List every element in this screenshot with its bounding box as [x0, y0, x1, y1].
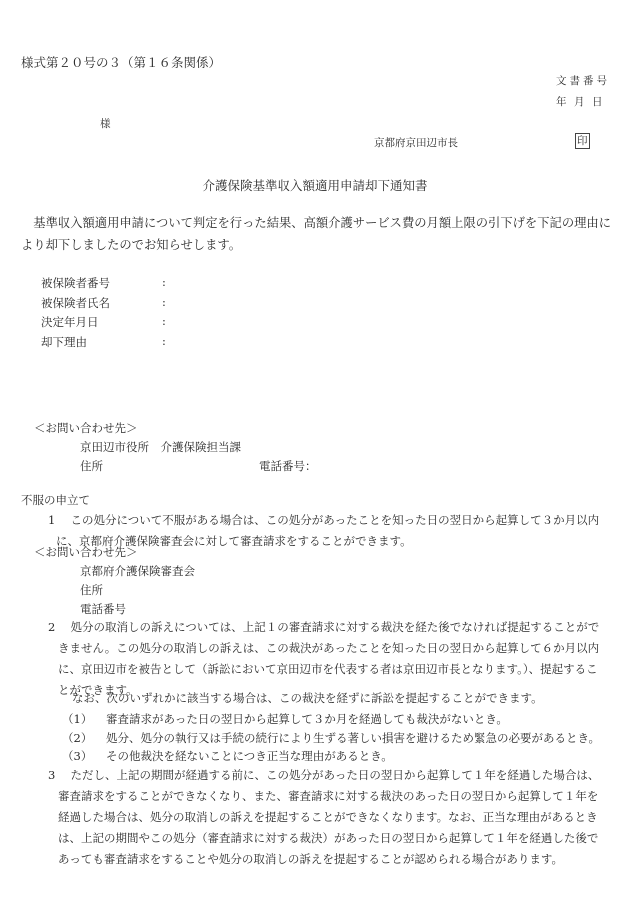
item-number: 1	[48, 513, 55, 527]
contact-heading: ＜お問い合わせ先＞	[34, 544, 195, 563]
sub-item-text: 処分、処分の執行又は手続の続行により生ずる著しい損害を避けるため緊急の必要がある…	[106, 730, 600, 749]
appeal-sub-items: （1） 審査請求があった日の翌日から起算して３か月を経過しても裁決がないとき。 …	[62, 711, 600, 767]
field-rejection-reason: 却下理由 :	[41, 334, 166, 354]
item-line: 処分の取消しの訴えについては、上記１の審査請求に対する裁決を経た後でなければ提起…	[70, 620, 599, 634]
address-label: 住所	[80, 459, 103, 473]
field-separator: :	[162, 334, 166, 354]
item-line: は、上記の期間やこの処分（審査請求に対する裁決）があった日の翌日から起算して１年…	[48, 828, 628, 849]
field-decision-date: 決定年月日 :	[41, 314, 166, 334]
field-separator: :	[162, 314, 166, 334]
sub-item: （3） その他裁決を経ないことにつき正当な理由があるとき。	[62, 748, 600, 767]
contact-city: ＜お問い合わせ先＞ 京田辺市役所 介護保険担当課 住所 電話番号：	[34, 420, 241, 477]
date-day: 日	[592, 94, 610, 109]
item-number: 3	[48, 768, 55, 782]
item-line: 経過した場合は、処分の取消しの訴えを提起することができなくなります。なお、正当な…	[48, 807, 628, 828]
sub-item: （1） 審査請求があった日の翌日から起算して３か月を経過しても裁決がないとき。	[62, 711, 600, 730]
field-label: 被保険者番号	[41, 275, 162, 295]
sub-item-text: 審査請求があった日の翌日から起算して３か月を経過しても裁決がないとき。	[106, 711, 508, 730]
field-insured-name: 被保険者氏名 :	[41, 295, 166, 315]
document-title: 介護保険基準収入額適用申請却下通知書	[0, 176, 630, 194]
item-number: 2	[48, 620, 55, 634]
appeal-item-2: 2 処分の取消しの訴えについては、上記１の審査請求に対する裁決を経た後でなければ…	[48, 617, 628, 701]
field-label: 被保険者氏名	[41, 295, 162, 315]
field-insured-number: 被保険者番号 :	[41, 275, 166, 295]
sub-item-number: （1）	[62, 711, 106, 730]
item-line: あっても審査請求をすることや処分の取消しの訴えを提起することが認められる場合があ…	[48, 849, 628, 870]
sub-item-text: その他裁決を経ないことにつき正当な理由があるとき。	[106, 748, 393, 767]
field-separator: :	[162, 295, 166, 315]
addressee-suffix: 様	[100, 116, 111, 131]
appeal-heading: 不服の申立て	[21, 492, 90, 508]
contact-prefecture: ＜お問い合わせ先＞ 京都府介護保険審査会 住所 電話番号	[34, 544, 195, 620]
seal-stamp: 印	[575, 133, 590, 149]
contact-address-row: 住所 電話番号：	[34, 458, 241, 477]
contact-office: 京田辺市役所 介護保険担当課	[34, 439, 241, 458]
form-number: 様式第２０号の３（第１６条関係）	[21, 53, 221, 71]
item-line: きません。この処分の取消しの訴えは、この裁決があったことを知った日の翌日から起算…	[48, 638, 628, 659]
appeal-item-3: 3 ただし、上記の期間が経過する前に、この処分があった日の翌日から起算して１年を…	[48, 765, 628, 870]
insured-fields: 被保険者番号 : 被保険者氏名 : 決定年月日 : 却下理由 :	[41, 275, 166, 353]
issuer-name: 京都府京田辺市長	[374, 135, 458, 150]
sub-item-number: （2）	[62, 730, 106, 749]
contact-office: 京都府介護保険審査会	[34, 563, 195, 582]
appeal-note: なお、次のいずれかに該当する場合は、この裁決を経ずに訴訟を提起することができます…	[72, 690, 543, 706]
address-label: 住所	[34, 582, 195, 601]
item-line: ただし、上記の期間が経過する前に、この処分があった日の翌日から起算して１年を経過…	[70, 768, 599, 782]
contact-heading: ＜お問い合わせ先＞	[34, 420, 241, 439]
phone-label: 電話番号：	[259, 458, 317, 474]
field-label: 決定年月日	[41, 314, 162, 334]
sub-item: （2） 処分、処分の執行又は手続の続行により生ずる著しい損害を避けるため緊急の必…	[62, 730, 600, 749]
item-line: に、京田辺市を被告として（訴訟において京田辺市を代表する者は京田辺市長となります…	[48, 659, 628, 680]
sub-item-number: （3）	[62, 748, 106, 767]
field-label: 却下理由	[41, 334, 162, 354]
date-month: 月	[574, 94, 592, 109]
item-line: 審査請求をすることができなくなり、また、審査請求に対する裁決のあった日の翌日から…	[48, 786, 628, 807]
date-year: 年	[556, 94, 574, 109]
notice-body: 基準収入額適用申請について判定を行った結果、高額介護サービス費の月額上限の引下げ…	[21, 212, 621, 256]
document-number-label: 文書番号	[556, 73, 610, 88]
issue-date: 年月日	[556, 94, 610, 109]
field-separator: :	[162, 275, 166, 295]
item-line: この処分について不服がある場合は、この処分があったことを知った日の翌日から起算し…	[70, 513, 599, 527]
